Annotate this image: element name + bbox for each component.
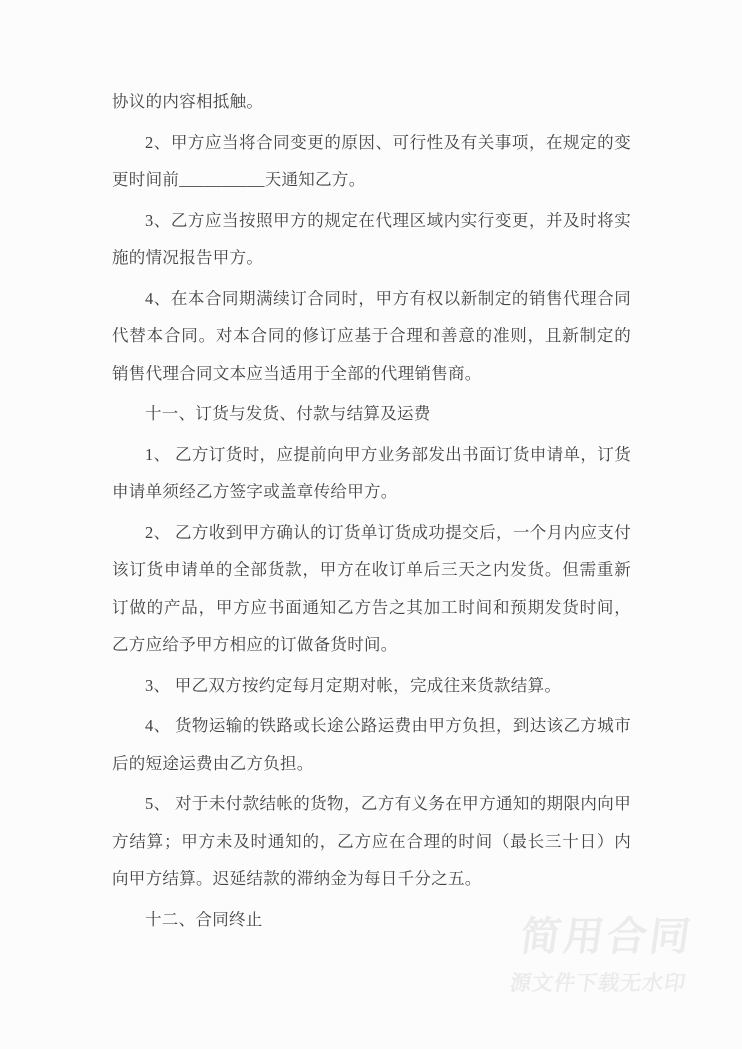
paragraph: 4、在本合同期满续订合同时，甲方有权以新制定的销售代理合同代替本合同。对本合同的… (112, 280, 631, 393)
paragraph: 2、 乙方收到甲方确认的订货单订货成功提交后，一个月内应支付该订货申请单的全部货… (112, 514, 631, 664)
paragraph: 协议的内容相抵触。 (112, 83, 631, 121)
paragraph: 3、 甲乙双方按约定每月定期对帐，完成往来货款结算。 (112, 667, 631, 705)
paragraph: 4、 货物运输的铁路或长途公路运费由甲方负担，到达该乙方城市后的短途运费由乙方负… (112, 707, 631, 782)
watermark-subtitle: 源文件下载无水印 (508, 967, 688, 997)
paragraph: 2、甲方应当将合同变更的原因、可行性及有关事项，在规定的变更时间前_______… (112, 124, 631, 199)
paragraph: 1、 乙方订货时，应提前向甲方业务部发出书面订货申请单，订货申请单须经乙方签字或… (112, 436, 631, 511)
paragraph: 3、乙方应当按照甲方的规定在代理区域内实行变更，并及时将实施的情况报告甲方。 (112, 202, 631, 277)
document-body: 协议的内容相抵触。2、甲方应当将合同变更的原因、可行性及有关事项，在规定的变更时… (112, 83, 631, 941)
paragraph: 5、 对于未付款结帐的货物，乙方有义务在甲方通知的期限内向甲方结算；甲方未及时通… (112, 785, 631, 898)
section-heading: 十二、合同终止 (112, 901, 631, 939)
contract-page: 协议的内容相抵触。2、甲方应当将合同变更的原因、可行性及有关事项，在规定的变更时… (0, 0, 742, 1049)
section-heading: 十一、订货与发货、付款与结算及运费 (112, 395, 631, 433)
